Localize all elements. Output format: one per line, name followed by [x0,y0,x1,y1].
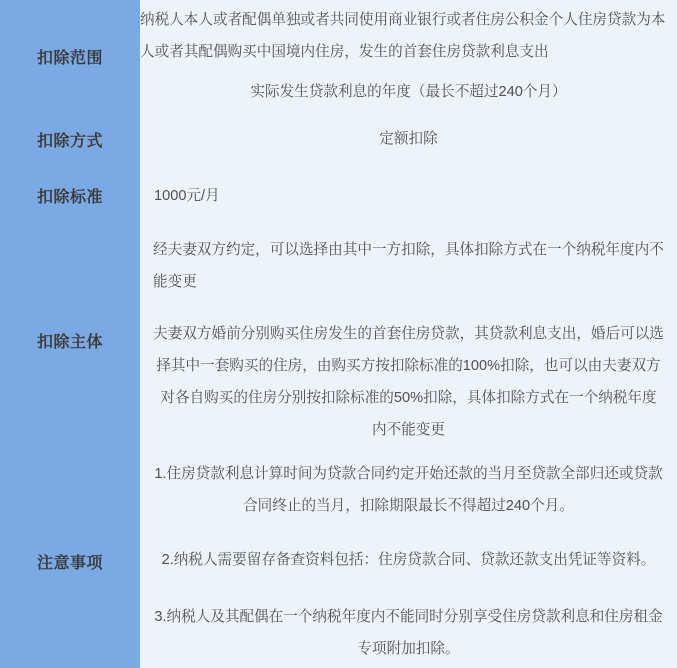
paragraph: 3.纳税人及其配偶在一个纳税年度内不能同时分别享受住房贷款利息和住房租金专项附加… [153,601,664,665]
row-content-notes: 1.住房贷款利息计算时间为贷款合同约定开始还款的当月至贷款全部归还或贷款合同终止… [140,455,677,668]
text-line: 纳税人本人或者配偶单独或者共同使用商业银行或者住房公积金个人住房贷款为本 [140,4,677,36]
text-line: 经夫妻双方约定，可以选择由其中一方扣除，具体扣除方式在一个纳税年度内不 [153,234,664,266]
text-line: 实际发生贷款利息的年度（最长不超过240个月） [140,76,677,108]
text-line: 合同终止的当月，扣除期限最长不得超过240个月。 [153,490,664,522]
text-line: 内不能变更 [153,414,664,446]
paragraph: 1000元/月 [154,180,663,212]
row-label-deduction-standard: 扣除标准 [0,166,140,225]
table-row-deduction-scope: 扣除范围纳税人本人或者配偶单独或者共同使用商业银行或者住房公积金个人住房贷款为本… [0,0,677,112]
row-content-deduction-method: 定额扣除 [140,112,677,166]
text-line: 1.住房贷款利息计算时间为贷款合同约定开始还款的当月至贷款全部归还或贷款 [153,458,664,490]
row-label-deduction-method: 扣除方式 [0,112,140,166]
paragraph: 纳税人本人或者配偶单独或者共同使用商业银行或者住房公积金个人住房贷款为本人或者其… [140,4,677,68]
row-content-deduction-scope: 纳税人本人或者配偶单独或者共同使用商业银行或者住房公积金个人住房贷款为本人或者其… [140,0,677,112]
text-line: 1000元/月 [154,180,663,212]
row-label-notes: 注意事项 [0,455,140,668]
paragraph: 2.纳税人需要留存备查资料包括：住房贷款合同、贷款还款支出凭证等资料。 [153,544,664,576]
row-label-deduction-scope: 扣除范围 [0,0,140,112]
text-line: 专项附加扣除。 [153,633,664,665]
text-line: 人或者其配偶购买中国境内住房，发生的首套住房贷款利息支出 [140,36,677,68]
row-content-deduction-standard: 1000元/月 [140,166,677,225]
text-line: 夫妻双方婚前分别购买住房发生的首套住房贷款，其贷款利息支出，婚后可以选 [153,318,664,350]
table-row-notes: 注意事项1.住房贷款利息计算时间为贷款合同约定开始还款的当月至贷款全部归还或贷款… [0,455,677,668]
table-row-deduction-method: 扣除方式定额扣除 [0,112,677,166]
deduction-info-table: 扣除范围纳税人本人或者配偶单独或者共同使用商业银行或者住房公积金个人住房贷款为本… [0,0,677,668]
paragraph: 1.住房贷款利息计算时间为贷款合同约定开始还款的当月至贷款全部归还或贷款合同终止… [153,458,664,522]
text-line: 2.纳税人需要留存备查资料包括：住房贷款合同、贷款还款支出凭证等资料。 [153,544,664,576]
text-line: 3.纳税人及其配偶在一个纳税年度内不能同时分别享受住房贷款利息和住房租金 [153,601,664,633]
text-line: 能变更 [153,266,664,298]
paragraph: 夫妻双方婚前分别购买住房发生的首套住房贷款，其贷款利息支出，婚后可以选择其中一套… [153,318,664,446]
text-line: 择其中一套购买的住房，由购买方按扣除标准的100%扣除，也可以由夫妻双方 [153,350,664,382]
paragraph: 实际发生贷款利息的年度（最长不超过240个月） [140,76,677,108]
row-content-deduction-subject: 经夫妻双方约定，可以选择由其中一方扣除，具体扣除方式在一个纳税年度内不能变更夫妻… [140,225,677,455]
paragraph: 定额扣除 [140,123,677,155]
text-line: 定额扣除 [140,123,677,155]
row-label-deduction-subject: 扣除主体 [0,225,140,455]
table-row-deduction-standard: 扣除标准1000元/月 [0,166,677,225]
paragraph: 经夫妻双方约定，可以选择由其中一方扣除，具体扣除方式在一个纳税年度内不能变更 [153,234,664,298]
table-row-deduction-subject: 扣除主体经夫妻双方约定，可以选择由其中一方扣除，具体扣除方式在一个纳税年度内不能… [0,225,677,455]
text-line: 对各自购买的住房分别按扣除标准的50%扣除，具体扣除方式在一个纳税年度 [153,382,664,414]
